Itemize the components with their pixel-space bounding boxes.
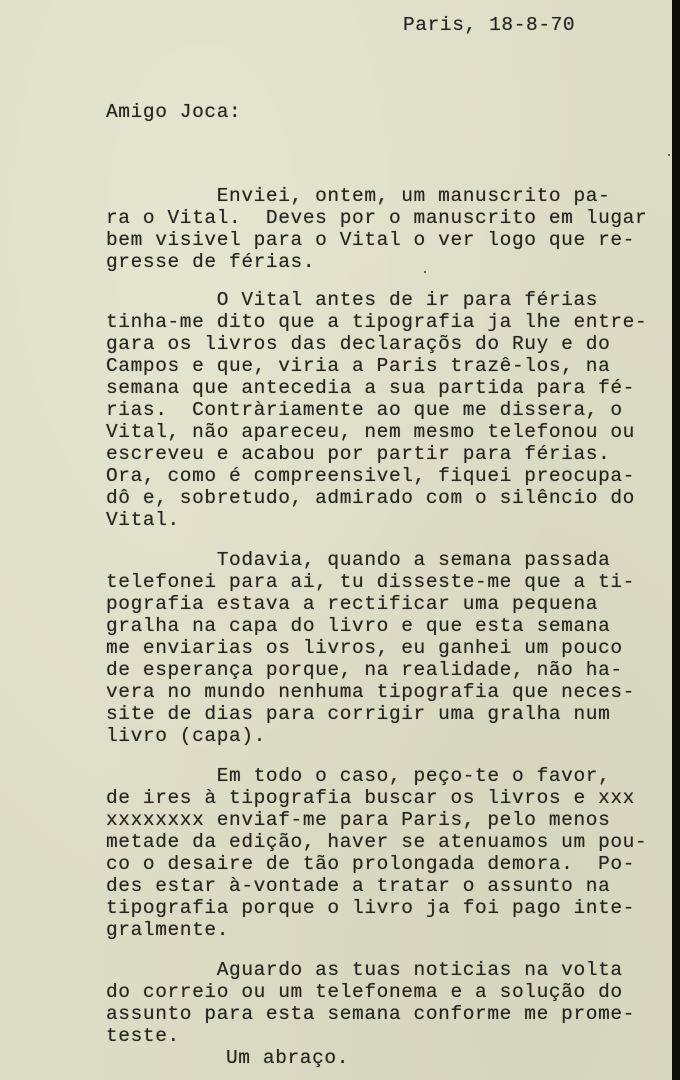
- text-line: assunto para esta semana conforme me pro…: [106, 1003, 635, 1025]
- letter-date: Paris, 18-8-70: [403, 14, 575, 36]
- text-line: gresse de férias.: [106, 251, 647, 273]
- paragraph-1: Enviei, ontem, um manuscrito pa- ra o Vi…: [106, 185, 647, 273]
- text-line: teste.: [106, 1025, 635, 1047]
- text-line: livro (capa).: [106, 725, 635, 747]
- text-line: metade da edição, haver se atenuamos um …: [106, 831, 647, 853]
- paragraph-5: Aguardo as tuas noticias na volta do cor…: [106, 959, 635, 1047]
- text-line: site de dias para corrigir uma gralha nu…: [106, 703, 635, 725]
- text-line: Vital, não apareceu, nem mesmo telefonou…: [106, 421, 647, 443]
- text-line: Campos e que, viria a Paris trazê-los, n…: [106, 355, 647, 377]
- letter-salutation: Amigo Joca:: [106, 101, 241, 123]
- text-line: tinha-me dito que a tipografia ja lhe en…: [106, 311, 647, 333]
- text-line: telefonei para ai, tu disseste-me que a …: [106, 571, 635, 593]
- text-line: bem visivel para o Vital o ver logo que …: [106, 229, 647, 251]
- text-line: vera no mundo nenhuma tipografia que nec…: [106, 681, 635, 703]
- text-line: Em todo o caso, peço-te o favor,: [106, 765, 647, 787]
- ink-speck: [668, 154, 670, 156]
- text-line: Aguardo as tuas noticias na volta: [106, 959, 635, 981]
- text-line: des estar à-vontade a tratar o assunto n…: [106, 875, 647, 897]
- text-line: Todavia, quando a semana passada: [106, 549, 635, 571]
- text-line: escreveu e acabou por partir para férias…: [106, 443, 647, 465]
- letter-closing: Um abraço.: [226, 1047, 349, 1069]
- ink-speck: [424, 271, 426, 273]
- text-line: gralha na capa do livro e que esta seman…: [106, 615, 635, 637]
- paragraph-2: O Vital antes de ir para férias tinha-me…: [106, 289, 647, 531]
- text-line: O Vital antes de ir para férias: [106, 289, 647, 311]
- text-line: xxxxxxxx enviaf-me para Paris, pelo meno…: [106, 809, 647, 831]
- text-line: gralmente.: [106, 919, 647, 941]
- page-edge-shadow: [672, 0, 680, 1080]
- text-line: ra o Vital. Deves por o manuscrito em lu…: [106, 207, 647, 229]
- letter-page: Paris, 18-8-70 Amigo Joca: Enviei, ontem…: [0, 0, 672, 1080]
- text-line: semana que antecedia a sua partida para …: [106, 377, 647, 399]
- text-line: co o desaire de tão prolongada demora. P…: [106, 853, 647, 875]
- text-line: dô e, sobretudo, admirado com o silêncio…: [106, 487, 647, 509]
- text-line: me enviarias os livros, eu ganhei um pou…: [106, 637, 635, 659]
- paragraph-3: Todavia, quando a semana passada telefon…: [106, 549, 635, 747]
- paragraph-4: Em todo o caso, peço-te o favor, de ires…: [106, 765, 647, 941]
- text-line: Vital.: [106, 509, 647, 531]
- text-line: do correio ou um telefonema e a solução …: [106, 981, 635, 1003]
- text-line: pografia estava a rectificar uma pequena: [106, 593, 635, 615]
- text-line: rias. Contràriamente ao que me dissera, …: [106, 399, 647, 421]
- text-line: Ora, como é compreensivel, fiquei preocu…: [106, 465, 647, 487]
- text-line: Enviei, ontem, um manuscrito pa-: [106, 185, 647, 207]
- text-line: gara os livros das declaraçõs do Ruy e d…: [106, 333, 647, 355]
- text-line: de ires à tipografia buscar os livros e …: [106, 787, 647, 809]
- text-line: de esperança porque, na realidade, não h…: [106, 659, 635, 681]
- text-line: tipografia porque o livro ja foi pago in…: [106, 897, 647, 919]
